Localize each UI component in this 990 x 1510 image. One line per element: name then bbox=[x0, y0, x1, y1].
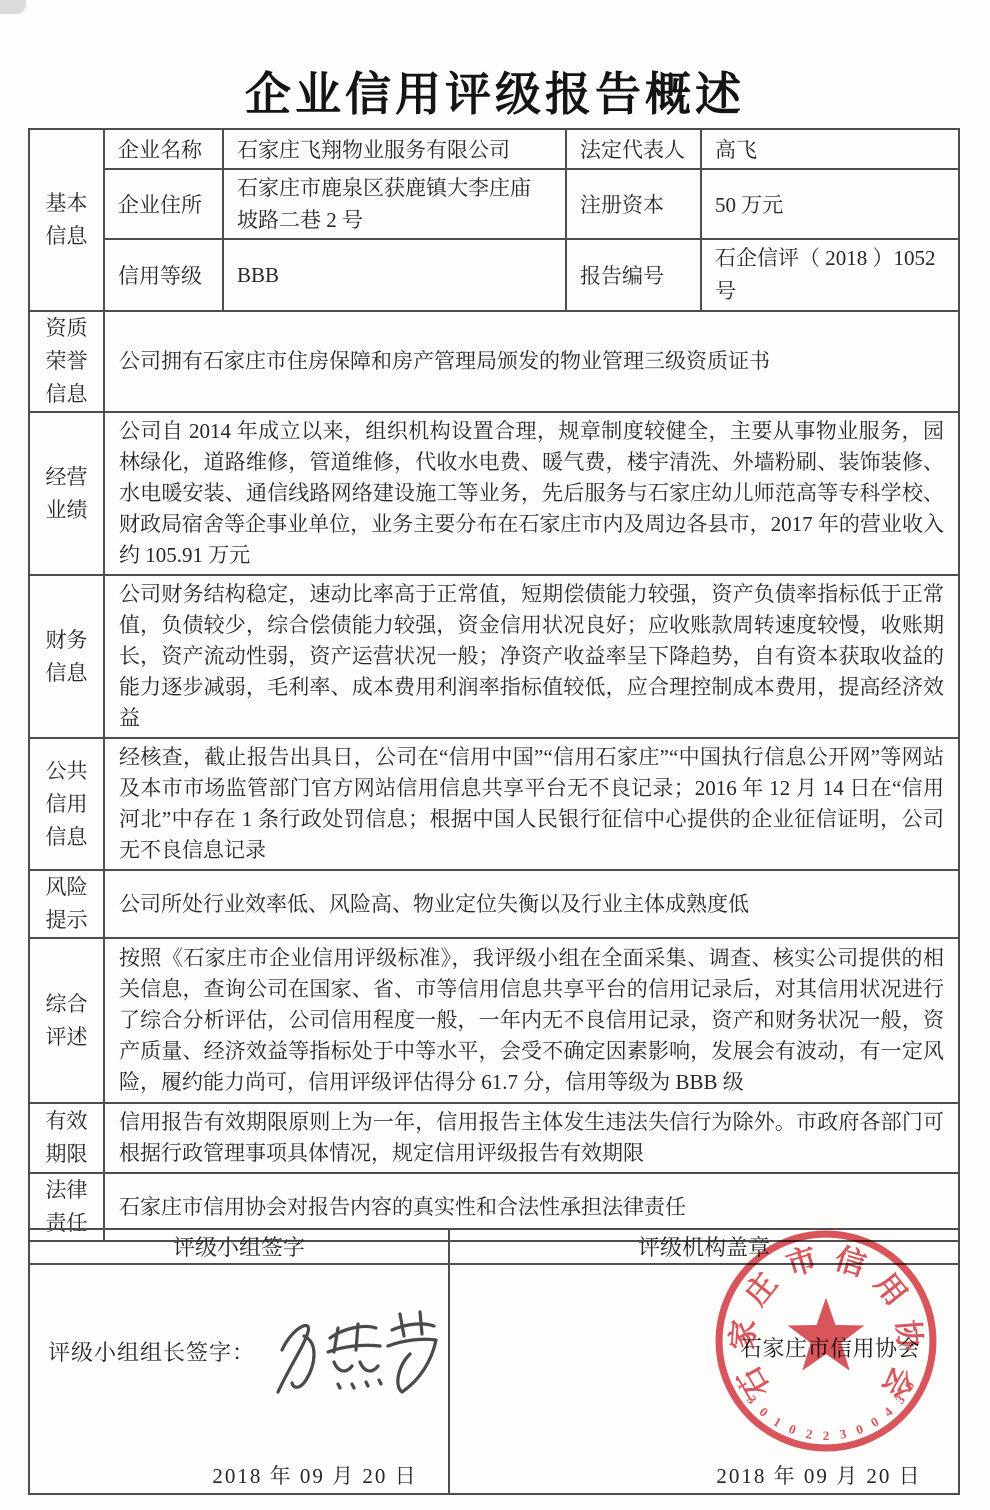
signature-date: 2018 年 09 月 20 日 bbox=[210, 1460, 420, 1490]
section-text-public-credit: 经核查，截止报告出具日，公司在“信用中国”“信用石家庄”“中国执行信息公开网”等… bbox=[104, 738, 959, 870]
stamp-char: 协 bbox=[890, 1318, 926, 1352]
section-label-overall-review: 综合评述 bbox=[29, 938, 104, 1103]
group-label-basic-info: 基本信息 bbox=[29, 129, 104, 311]
stamp-digit: 0 bbox=[756, 1404, 771, 1420]
section-text-validity-period: 信用报告有效期限原则上为一年，信用报告主体发生违法失信行为除外。市政府各部门可根… bbox=[104, 1103, 959, 1173]
stamp-digit: 0 bbox=[868, 1414, 882, 1430]
stamp-digit: 4 bbox=[881, 1404, 896, 1420]
team-leader-signature-label: 评级小组组长签字： bbox=[48, 1336, 255, 1367]
stamp-char: 家 bbox=[725, 1318, 761, 1351]
section-label-validity-period: 有效期限 bbox=[29, 1103, 104, 1173]
legal-representative-value: 高飞 bbox=[701, 129, 959, 169]
section-label-business-performance: 经营业绩 bbox=[29, 412, 104, 575]
credit-grade-value: BBB bbox=[223, 239, 566, 311]
table-row: 经营业绩 公司自 2014 年成立以来，组织机构设置合理，规章制度较健全，主要从… bbox=[29, 412, 959, 575]
section-label-qualifications: 资质荣誉信息 bbox=[29, 311, 104, 412]
stamp-digit: 2 bbox=[823, 1428, 830, 1443]
scanned-report-page: 企业信用评级报告概述 基本信息 企业名称 石家庄飞翔物业服务有限公司 法定代表人… bbox=[0, 0, 990, 1510]
document-title: 企业信用评级报告概述 bbox=[0, 58, 990, 124]
company-address-label: 企业住所 bbox=[104, 169, 223, 239]
table-row: 公共信用信息 经核查，截止报告出具日，公司在“信用中国”“信用石家庄”“中国执行… bbox=[29, 738, 959, 870]
stamp-digit: 3 bbox=[838, 1426, 848, 1442]
table-row: 综合评述 按照《石家庄市企业信用评级标准》，我评级小组在全面采集、调查、核实公司… bbox=[29, 938, 959, 1103]
section-label-public-credit: 公共信用信息 bbox=[29, 738, 104, 870]
table-row: 资质荣誉信息 公司拥有石家庄市住房保障和房产管理局颁发的物业管理三级资质证书 bbox=[29, 311, 959, 412]
company-address-value: 石家庄市鹿泉区获鹿镇大李庄庙坡路二巷 2 号 bbox=[223, 169, 566, 239]
company-name-label: 企业名称 bbox=[104, 129, 223, 169]
section-label-financial-info: 财务信息 bbox=[29, 575, 104, 738]
registered-capital-label: 注册资本 bbox=[566, 169, 701, 239]
stamp-date: 2018 年 09 月 20 日 bbox=[714, 1460, 924, 1490]
table-row: 有效期限 信用报告有效期限原则上为一年，信用报告主体发生违法失信行为除外。市政府… bbox=[29, 1103, 959, 1173]
rating-team-signature-header: 评级小组签字 bbox=[29, 1229, 449, 1264]
table-row: 信用等级 BBB 报告编号 石企信评（ 2018 ）1052 号 bbox=[29, 239, 959, 311]
stamp-char: 信 bbox=[831, 1240, 870, 1282]
section-label-risk-warning: 风险提示 bbox=[29, 870, 104, 938]
section-text-financial-info: 公司财务结构稳定，速动比率高于正常值，短期偿债能力较强，资产负债率指标低于正常值… bbox=[104, 575, 959, 738]
stamp-digit: 1 bbox=[771, 1414, 784, 1430]
legal-representative-label: 法定代表人 bbox=[566, 129, 701, 169]
stamp-char: 市 bbox=[782, 1241, 821, 1282]
red-agency-stamp: 石 家 庄 市 信 用 协 会 1 3 0 1 0 2 2 3 0 0 4 3 … bbox=[710, 1225, 942, 1457]
table-row: 企业住所 石家庄市鹿泉区获鹿镇大李庄庙坡路二巷 2 号 注册资本 50 万元 bbox=[29, 169, 959, 239]
section-text-overall-review: 按照《石家庄市企业信用评级标准》，我评级小组在全面采集、调查、核实公司提供的相关… bbox=[104, 938, 959, 1103]
table-row: 风险提示 公司所处行业效率低、风险高、物业定位失衡以及行业主体成熟度低 bbox=[29, 870, 959, 938]
stamp-digit: 0 bbox=[787, 1421, 799, 1438]
company-name-value: 石家庄飞翔物业服务有限公司 bbox=[223, 129, 566, 169]
credit-report-table: 基本信息 企业名称 石家庄飞翔物业服务有限公司 法定代表人 高飞 企业住所 石家… bbox=[28, 128, 960, 1242]
table-row: 财务信息 公司财务结构稳定，速动比率高于正常值，短期偿债能力较强，资产负债率指标… bbox=[29, 575, 959, 738]
section-text-qualifications: 公司拥有石家庄市住房保障和房产管理局颁发的物业管理三级资质证书 bbox=[104, 311, 959, 412]
section-text-business-performance: 公司自 2014 年成立以来，组织机构设置合理，规章制度较健全，主要从事物业服务… bbox=[104, 412, 959, 575]
registered-capital-value: 50 万元 bbox=[701, 169, 959, 239]
section-text-risk-warning: 公司所处行业效率低、风险高、物业定位失衡以及行业主体成熟度低 bbox=[104, 870, 959, 938]
report-number-value: 石企信评（ 2018 ）1052 号 bbox=[701, 239, 959, 311]
report-number-label: 报告编号 bbox=[566, 239, 701, 311]
stamp-digit: 0 bbox=[854, 1421, 866, 1438]
table-row: 基本信息 企业名称 石家庄飞翔物业服务有限公司 法定代表人 高飞 bbox=[29, 129, 959, 169]
stamp-star-icon bbox=[788, 1298, 865, 1371]
scan-artifact bbox=[0, 0, 26, 14]
handwritten-signature bbox=[268, 1300, 438, 1405]
stamp-digit: 2 bbox=[805, 1426, 814, 1442]
credit-grade-label: 信用等级 bbox=[104, 239, 223, 311]
